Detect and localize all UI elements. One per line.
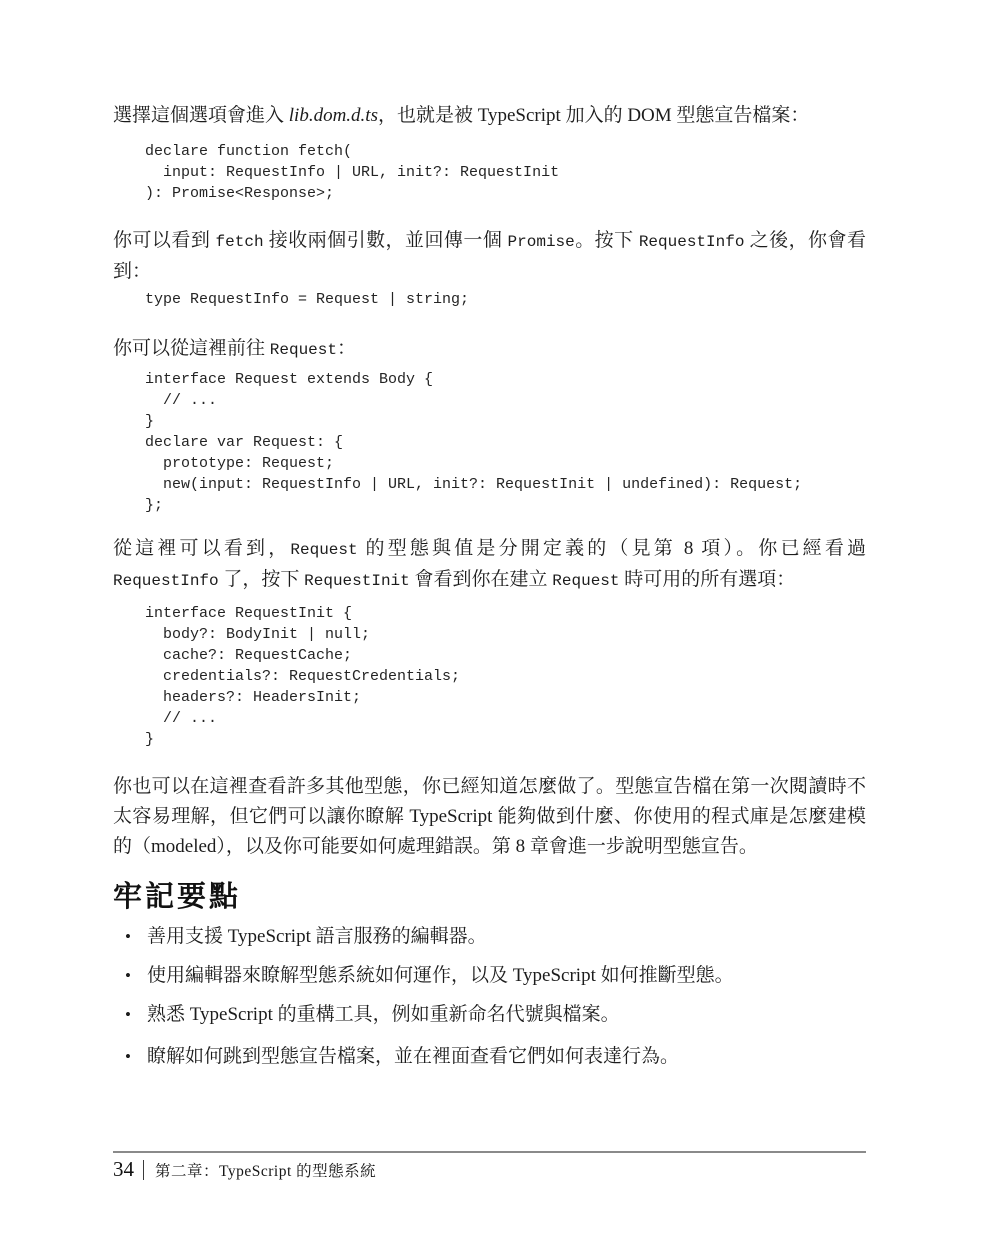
paragraph-intro-lib-dom: 選擇這個選項會進入 lib.dom.d.ts，也就是被 TypeScript 加… [113, 101, 866, 131]
code-block-requestinit-interface: interface RequestInit { body?: BodyInit … [145, 603, 460, 750]
paragraph-text: 選擇這個選項會進入 [113, 105, 289, 126]
page-number: 34 [113, 1157, 134, 1182]
paragraph-text: 接收兩個引數，並回傳一個 [264, 230, 508, 251]
list-item-text: 瞭解如何跳到型態宣告檔案，並在裡面查看它們如何表達行為。 [147, 1046, 679, 1067]
paragraph-fetch-args: 你可以看到 fetch 接收兩個引數，並回傳一個 Promise。按下 Requ… [113, 226, 866, 287]
list-item-text: 善用支援 TypeScript 語言服務的編輯器。 [147, 926, 487, 947]
list-item: • 熟悉 TypeScript 的重構工具，例如重新命名代號與檔案。 [113, 1000, 866, 1030]
footer-separator [143, 1160, 144, 1180]
code-block-requestinfo-type: type RequestInfo = Request | string; [145, 289, 469, 310]
paragraph-summary-declarations: 你也可以在這裡查看許多其他型態，你已經知道怎麼做了。型態宣告檔在第一次閱讀時不太… [113, 772, 866, 862]
page-footer: 34 第二章：TypeScript 的型態系統 [113, 1157, 866, 1182]
code-block-request-interface: interface Request extends Body { // ... … [145, 369, 802, 516]
inline-code-requestinit: RequestInit [304, 572, 410, 590]
paragraph-text: 你可以從這裡前往 [113, 338, 270, 359]
inline-code-request: Request [552, 572, 619, 590]
list-item-text: 熟悉 TypeScript 的重構工具，例如重新命名代號與檔案。 [147, 1004, 620, 1025]
inline-code-fetch: fetch [216, 233, 264, 251]
inline-code-requestinfo: RequestInfo [113, 572, 219, 590]
list-item: • 善用支援 TypeScript 語言服務的編輯器。 [113, 922, 866, 952]
inline-code-promise: Promise [508, 233, 575, 251]
book-page: 選擇這個選項會進入 lib.dom.d.ts，也就是被 TypeScript 加… [0, 0, 1000, 1243]
paragraph-text: 你可以看到 [113, 230, 216, 251]
section-heading-key-points: 牢記要點 [113, 874, 241, 915]
paragraph-goto-request: 你可以從這裡前往 Request： [113, 334, 866, 365]
bullet-icon: • [125, 1000, 131, 1030]
paragraph-text: 。按下 [575, 230, 639, 251]
list-item-text: 使用編輯器來瞭解型態系統如何運作，以及 TypeScript 如何推斷型態。 [147, 965, 734, 986]
paragraph-text: 從這裡可以看到， [113, 538, 290, 559]
paragraph-type-vs-value: 從這裡可以看到，Request 的型態與值是分開定義的（見第 8 項）。你已經看… [113, 534, 866, 596]
list-item: • 使用編輯器來瞭解型態系統如何運作，以及 TypeScript 如何推斷型態。 [113, 961, 866, 991]
bullet-icon: • [125, 922, 131, 952]
bullet-icon: • [125, 961, 131, 991]
paragraph-text: 的型態與值是分開定義的（見第 8 項）。你已經看過 [358, 538, 866, 559]
code-block-fetch-declaration: declare function fetch( input: RequestIn… [145, 141, 559, 204]
paragraph-text: 了，按下 [219, 569, 305, 590]
chapter-title: 第二章：TypeScript 的型態系統 [155, 1159, 376, 1181]
paragraph-text: 時可用的所有選項： [620, 569, 796, 590]
paragraph-text: 會看到你在建立 [410, 569, 553, 590]
paragraph-text: ： [337, 338, 356, 359]
inline-code-requestinfo: RequestInfo [639, 233, 745, 251]
inline-code-request: Request [270, 341, 337, 359]
paragraph-text: ，也就是被 TypeScript 加入的 DOM 型態宣告檔案： [378, 105, 809, 126]
footer-divider [113, 1151, 866, 1153]
list-item: • 瞭解如何跳到型態宣告檔案，並在裡面查看它們如何表達行為。 [113, 1042, 866, 1072]
bullet-icon: • [125, 1042, 131, 1072]
inline-code-request: Request [290, 541, 357, 559]
filename-italic: lib.dom.d.ts [289, 105, 378, 126]
